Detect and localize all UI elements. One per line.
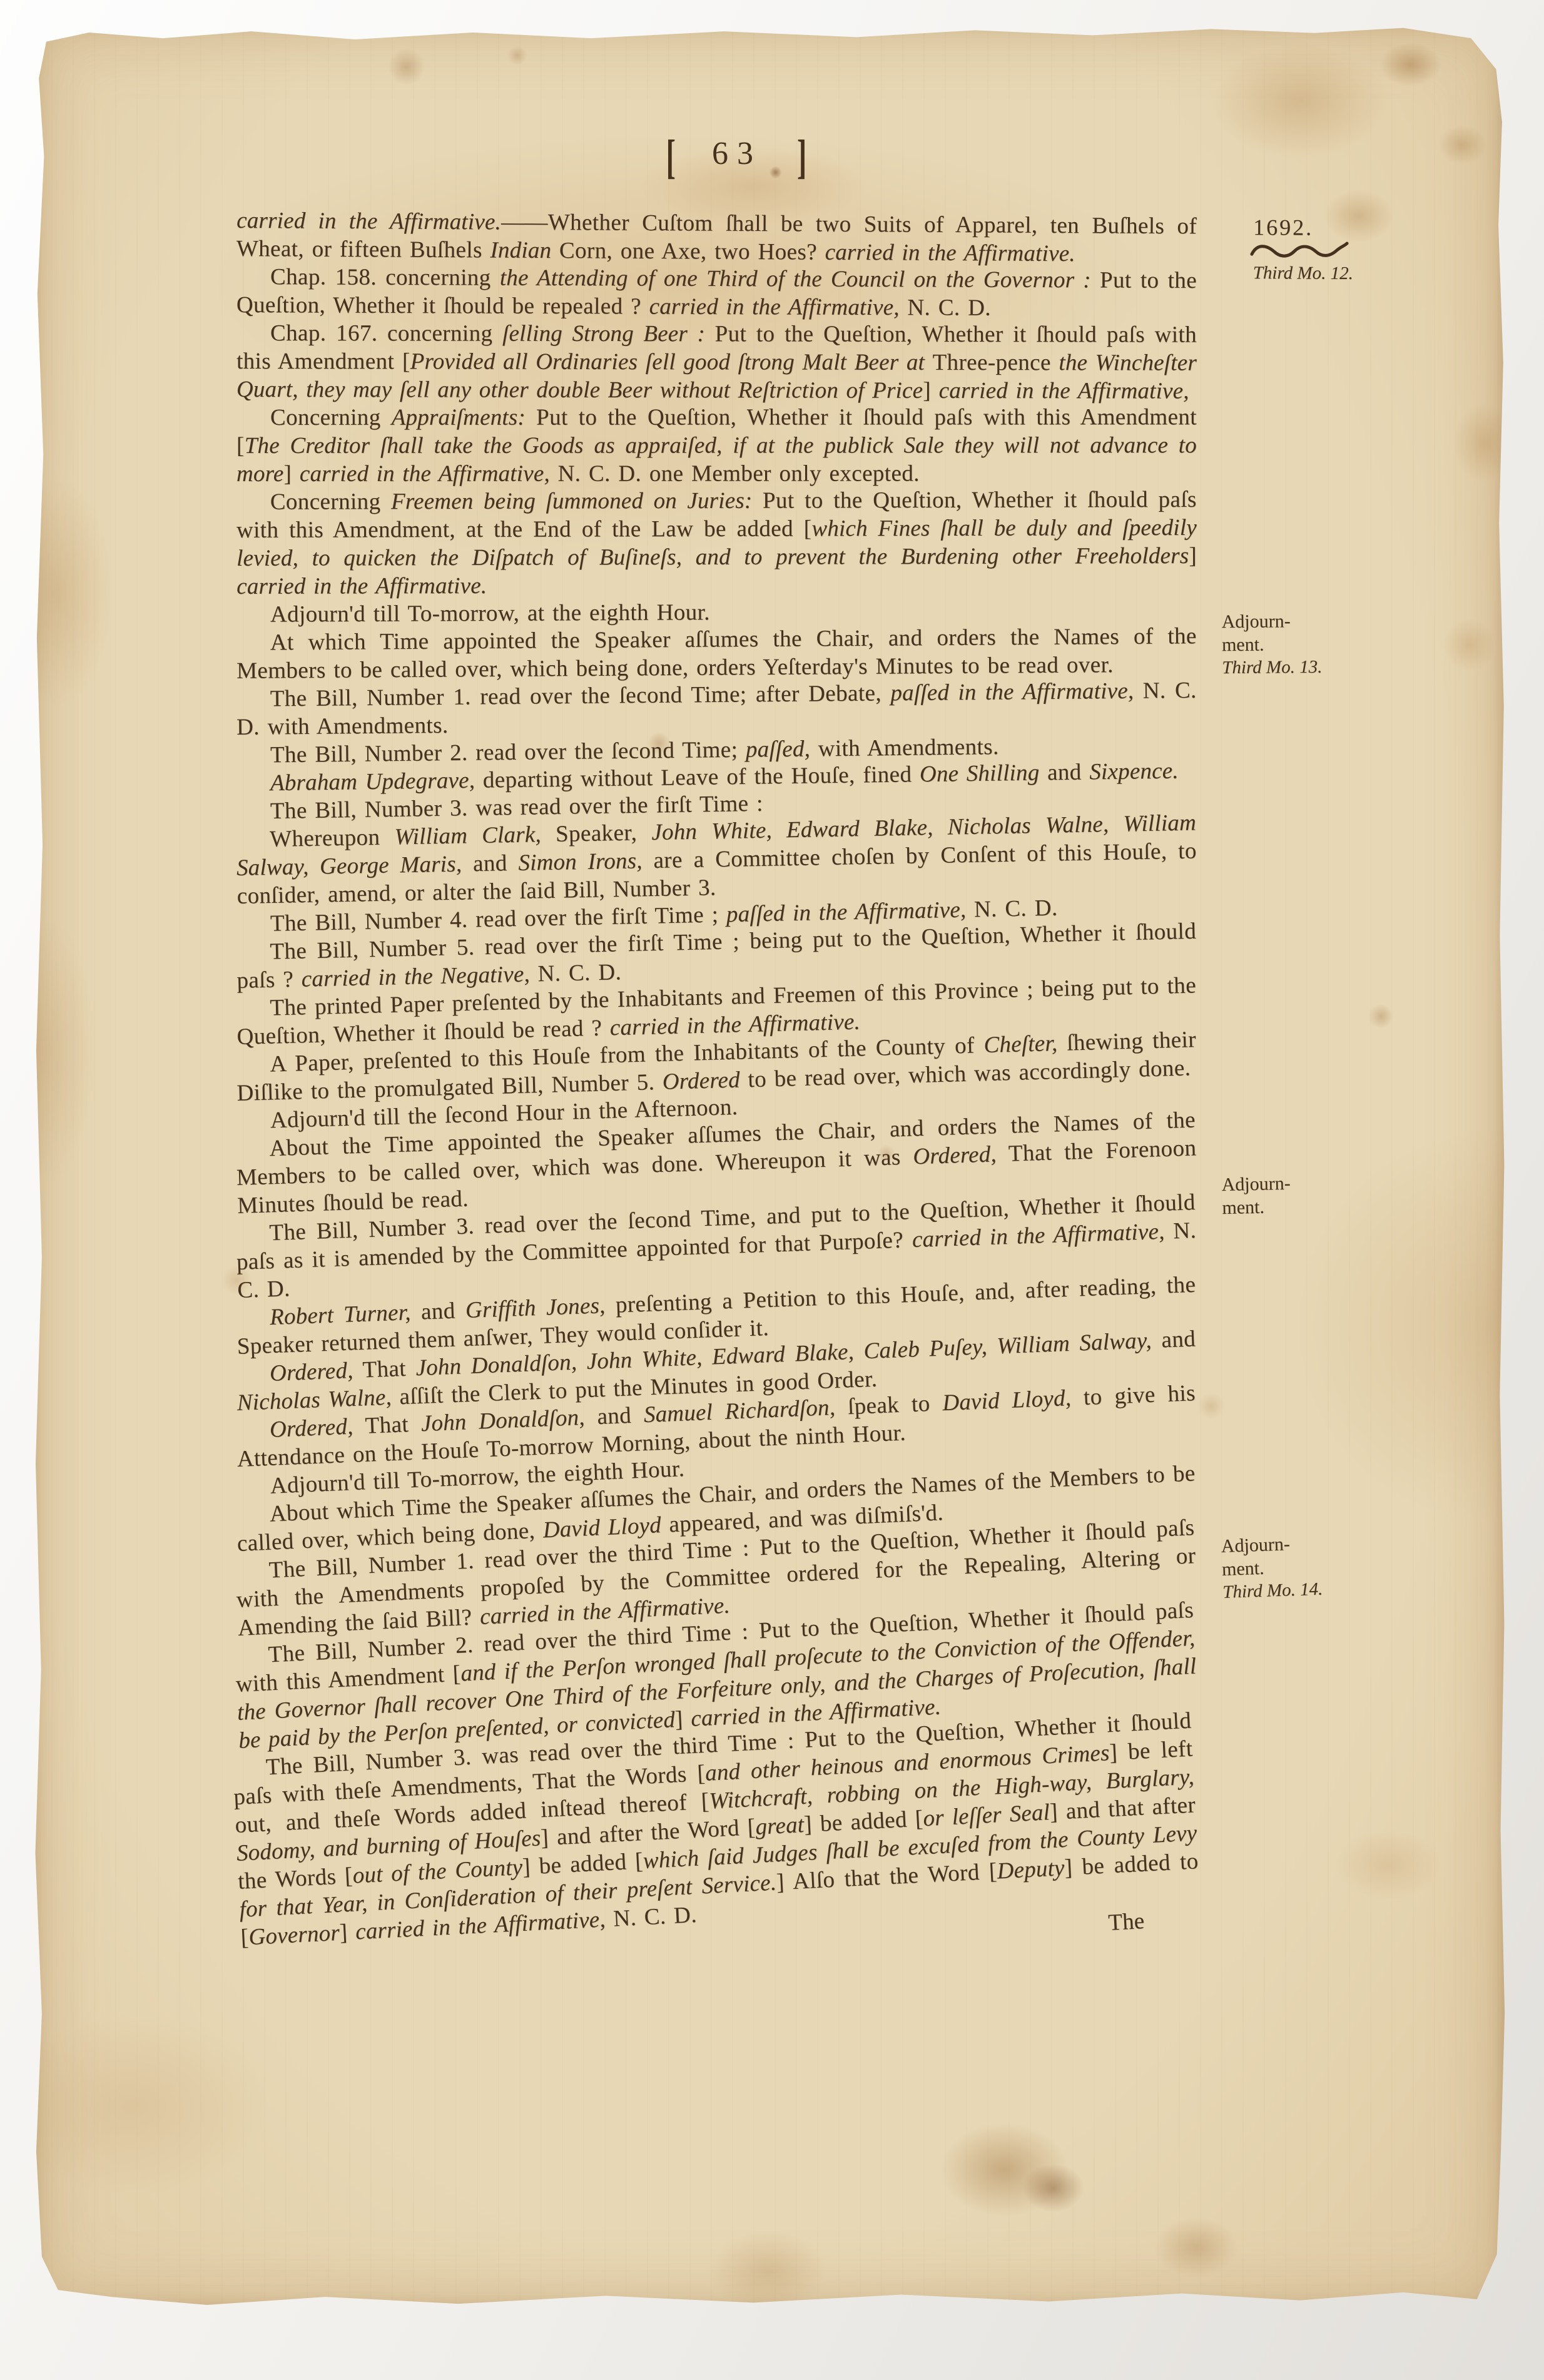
italic-text: Abraham Updegrave, bbox=[270, 768, 475, 796]
margin-note-line: ment. bbox=[1222, 632, 1409, 657]
roman-text: That bbox=[353, 1355, 417, 1383]
roman-text: ] be added [ bbox=[803, 1806, 923, 1838]
roman-text: ] bbox=[283, 461, 299, 487]
italic-text: Freemen being ſummoned on Juries: bbox=[391, 488, 753, 515]
italic-text: ſelling Strong Beer : bbox=[502, 321, 705, 347]
roman-text: with Amendments. bbox=[810, 734, 999, 761]
italic-text: William Clark, bbox=[394, 821, 541, 850]
margin-note-line: Adjourn- bbox=[1221, 1169, 1409, 1196]
italic-text: paſſed, bbox=[746, 736, 811, 763]
roman-text: Concerning bbox=[270, 489, 391, 515]
italic-text: Cheſter, bbox=[983, 1030, 1058, 1058]
roman-text: ] be added [ bbox=[522, 1848, 644, 1880]
roman-text: Adjourn'd till To-morrow, at the eighth … bbox=[270, 599, 710, 627]
italic-text: carried in the Affirmative, bbox=[912, 1219, 1165, 1253]
italic-text: Ordered, bbox=[269, 1414, 353, 1443]
roman-text: Corn, one Axe, two Hoes? bbox=[551, 238, 825, 265]
roman-text: N. C. D. bbox=[605, 1902, 698, 1932]
italic-text: Ordered, bbox=[269, 1358, 353, 1386]
body-paragraph: Concerning Freemen being ſummoned on Jur… bbox=[236, 486, 1197, 601]
italic-text: the Attending of one Third of the Counci… bbox=[500, 265, 1091, 293]
brace-ornament-icon bbox=[1249, 240, 1349, 262]
italic-text: Samuel Richardſon, bbox=[643, 1395, 836, 1428]
roman-text: and bbox=[1151, 1326, 1196, 1353]
italic-text: great bbox=[754, 1812, 805, 1840]
body-paragraph: Concerning Appraiſments: Put to the Queſ… bbox=[236, 403, 1197, 488]
roman-text: ſpeak to bbox=[835, 1390, 943, 1420]
roman-text: N. C. D. bbox=[900, 295, 991, 321]
roman-text: N. C. D. one Member only excepted. bbox=[550, 461, 920, 487]
italic-text: Ordered bbox=[662, 1067, 740, 1095]
roman-text: ] bbox=[923, 378, 938, 404]
photo-backdrop: [63] carried in the Affirmative.——Whethe… bbox=[0, 0, 1544, 2380]
italic-text: John Donaldſon, bbox=[420, 1405, 585, 1437]
italic-text: carried in the Affirmative. bbox=[236, 208, 501, 235]
margin-note-line: ment. bbox=[1222, 1193, 1410, 1219]
italic-text: carried in the Negative, bbox=[301, 962, 530, 992]
folio-number: 63 bbox=[712, 135, 762, 172]
italic-text: Robert Turner, bbox=[269, 1299, 411, 1330]
page-number: [63] bbox=[258, 135, 1216, 172]
italic-text: Ordered, bbox=[913, 1141, 997, 1169]
roman-text: ] bbox=[339, 1920, 356, 1946]
roman-text: Speaker, bbox=[541, 820, 651, 847]
roman-text: and bbox=[1039, 760, 1089, 786]
italic-text: carried in the Affirmative, bbox=[300, 461, 550, 487]
roman-text: Chap. 158. concerning bbox=[270, 264, 500, 290]
italic-text: Indian bbox=[490, 237, 551, 263]
roman-text: and bbox=[410, 1298, 466, 1325]
roman-text: Chap. 167. concerning bbox=[270, 320, 502, 347]
italic-text: One Shilling bbox=[920, 760, 1040, 788]
italic-text: Governor bbox=[248, 1920, 340, 1950]
margin-note-line: 1692. bbox=[1253, 216, 1441, 240]
margin-note-line: Third Mo. 12. bbox=[1253, 262, 1441, 286]
text-column: carried in the Affirmative.——Whether Cuſ… bbox=[236, 206, 1197, 1983]
body-paragraph: At which Time appointed the Speaker aſſu… bbox=[236, 622, 1197, 685]
roman-text: and bbox=[462, 850, 519, 877]
manuscript-page: [63] carried in the Affirmative.——Whethe… bbox=[30, 19, 1506, 2312]
margin-note-line: Third Mo. 13. bbox=[1222, 655, 1409, 680]
italic-text: Provided all Ordinaries ſell good ſtrong… bbox=[410, 348, 933, 375]
italic-text: Appraiſments: bbox=[392, 405, 526, 430]
roman-text: ] bbox=[674, 1706, 691, 1732]
italic-text: carried in the Affirmative. bbox=[825, 240, 1075, 267]
italic-text: carried in the Affirmative. bbox=[236, 573, 487, 599]
roman-text: That bbox=[353, 1411, 422, 1439]
margin-note: Adjourn-ment.Third Mo. 13. bbox=[1222, 609, 1410, 680]
roman-text: N. C. D. bbox=[529, 959, 621, 987]
margin-note: Adjourn-ment. bbox=[1221, 1169, 1409, 1219]
roman-text: ] bbox=[1189, 543, 1197, 569]
italic-text: paſſed in the Affirmative, bbox=[890, 678, 1134, 706]
roman-text: Three-pence bbox=[933, 350, 1051, 375]
italic-text: Simon Irons, bbox=[518, 848, 642, 876]
italic-text: or leſſer Seal bbox=[923, 1799, 1051, 1831]
roman-text: Whereupon bbox=[270, 824, 395, 852]
roman-text: N. C. D. bbox=[966, 895, 1058, 923]
italic-text: carried in the Affirmative, bbox=[939, 378, 1189, 404]
italic-text: David Lloyd, bbox=[942, 1385, 1072, 1416]
italic-text: Nicholas Walne, bbox=[236, 1385, 392, 1416]
roman-text: At which Time appointed the Speaker aſſu… bbox=[236, 623, 1197, 684]
folio-bracket-right: ] bbox=[797, 130, 808, 184]
margin-note-line: Adjourn- bbox=[1222, 609, 1409, 634]
italic-text: Deputy bbox=[997, 1855, 1065, 1884]
margin-note: 1692.Third Mo. 12. bbox=[1253, 216, 1441, 286]
roman-text: The Bill, Number 1. read over the ſecond… bbox=[270, 680, 891, 711]
roman-text: and bbox=[584, 1402, 644, 1430]
body-paragraph: Chap. 158. concerning the Attending of o… bbox=[236, 263, 1197, 323]
body-paragraph: Chap. 167. concerning ſelling Strong Bee… bbox=[236, 319, 1197, 405]
body-paragraph: carried in the Affirmative.——Whether Cuſ… bbox=[236, 206, 1197, 268]
roman-text: Concerning bbox=[270, 405, 392, 430]
italic-text: Sixpence. bbox=[1089, 758, 1179, 785]
folio-bracket-left: [ bbox=[666, 130, 677, 184]
italic-text: carried in the Affirmative, bbox=[649, 294, 900, 321]
italic-text: Griffith Jones, bbox=[465, 1293, 606, 1323]
margin-note: Adjourn-ment.Third Mo. 14. bbox=[1221, 1528, 1411, 1604]
